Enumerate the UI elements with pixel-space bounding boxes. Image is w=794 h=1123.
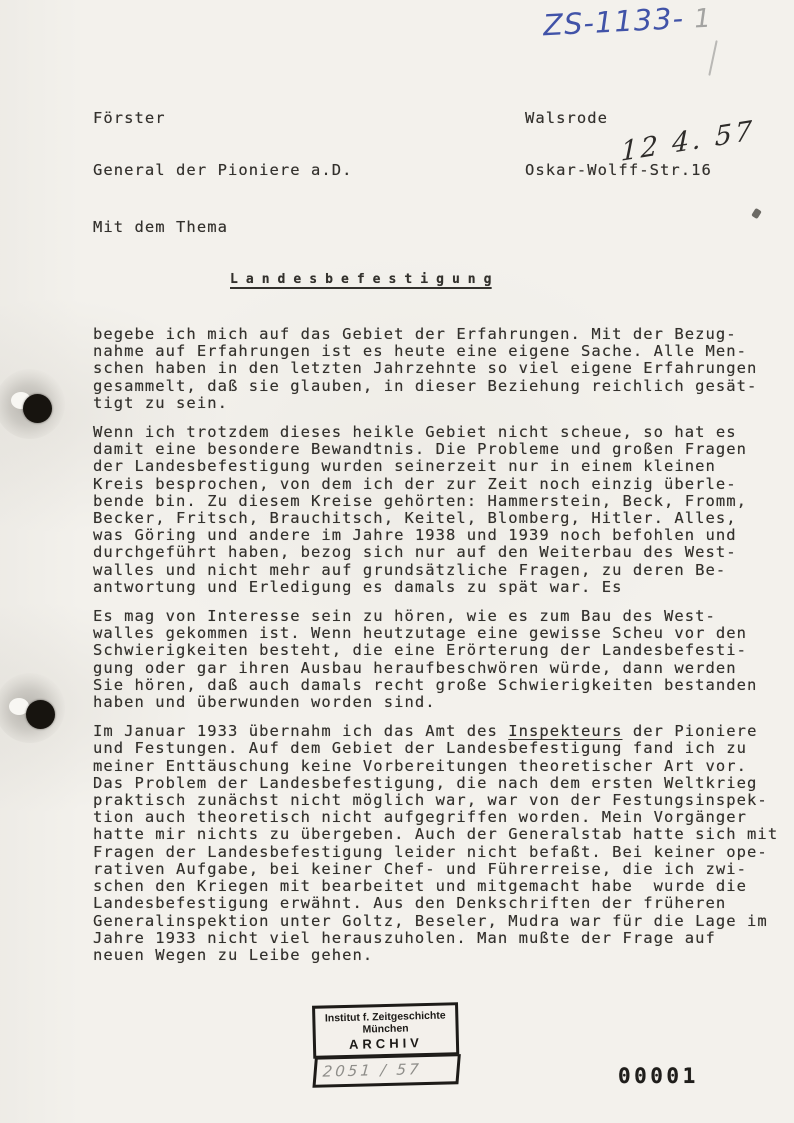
paragraph: Wenn ich trotzdem dieses heikle Gebiet n… bbox=[93, 424, 758, 596]
pencil-stroke bbox=[708, 40, 717, 76]
text-line: schen den Kriegen mit bearbeitet und mit… bbox=[93, 878, 758, 895]
text-line: walles und nicht mehr auf grundsätzliche… bbox=[93, 562, 758, 579]
text-line: damit eine besondere Bewandtnis. Die Pro… bbox=[93, 441, 758, 458]
text-line: rativen Aufgabe, bei keiner Chef- und Fü… bbox=[93, 861, 758, 878]
text-segment: der Landesbefestigung wurden seinerzeit … bbox=[93, 457, 716, 475]
archive-code-pencil: 1 bbox=[693, 4, 712, 35]
sender-title: General der Pioniere a.D. bbox=[93, 162, 353, 179]
text-segment: durchgeführt haben, bezog sich nur auf d… bbox=[93, 543, 737, 561]
text-segment: der Pioniere bbox=[622, 722, 757, 740]
text-line: Generalinspektion unter Goltz, Beseler, … bbox=[93, 913, 758, 930]
text-segment: und Festungen. Auf dem Gebiet der Landes… bbox=[93, 739, 747, 757]
stamp-upper-box: Institut f. Zeitgeschichte München ARCHI… bbox=[312, 1002, 459, 1059]
text-line: Sie hören, daß auch damals recht große S… bbox=[93, 677, 758, 694]
text-line: gung oder gar ihren Ausbau heraufbeschwö… bbox=[93, 660, 758, 677]
text-line: haben und überwunden worden sind. bbox=[93, 694, 758, 711]
text-segment: Jahre 1933 nicht viel herauszuholen. Man… bbox=[93, 929, 716, 947]
intro-line: Mit dem Thema bbox=[93, 219, 228, 236]
archive-code-ink: ZS-1133- bbox=[542, 1, 685, 42]
text-line: Wenn ich trotzdem dieses heikle Gebiet n… bbox=[93, 424, 758, 441]
text-line: und Festungen. Auf dem Gebiet der Landes… bbox=[93, 740, 758, 757]
text-line: meiner Enttäuschung keine Vorbereitungen… bbox=[93, 758, 758, 775]
text-segment: Das Problem der Landesbefestigung, die n… bbox=[93, 774, 757, 792]
text-segment: Wenn ich trotzdem dieses heikle Gebiet n… bbox=[93, 423, 737, 441]
text-segment: hatte mir nichts zu übergeben. Auch der … bbox=[93, 825, 778, 843]
text-segment: haben und überwunden worden sind. bbox=[93, 693, 436, 711]
archive-stamp: Institut f. Zeitgeschichte München ARCHI… bbox=[312, 1002, 460, 1088]
text-line: durchgeführt haben, bezog sich nur auf d… bbox=[93, 544, 758, 561]
text-segment: gesammelt, daß sie glauben, in dieser Be… bbox=[93, 377, 757, 395]
document-heading: L a n d e s b e f e s t i g u n g bbox=[230, 272, 492, 287]
text-segment: Kreis besprochen, von dem ich der zur Ze… bbox=[93, 475, 737, 493]
archive-code: ZS-1133- 1 bbox=[542, 0, 712, 42]
text-line: Schwierigkeiten besteht, die eine Erörte… bbox=[93, 642, 758, 659]
text-segment: nahme auf Erfahrungen ist es heute eine … bbox=[93, 342, 747, 360]
document-body: begebe ich mich auf das Gebiet der Erfah… bbox=[93, 326, 758, 976]
text-line: Das Problem der Landesbefestigung, die n… bbox=[93, 775, 758, 792]
text-line: praktisch zunächst nicht möglich war, wa… bbox=[93, 792, 758, 809]
text-segment: Schwierigkeiten besteht, die eine Erörte… bbox=[93, 641, 747, 659]
underlined-text: Inspekteurs bbox=[508, 722, 622, 740]
text-segment: walles gekommen ist. Wenn heutzutage ein… bbox=[93, 624, 747, 642]
address-street: Oskar-Wolff-Str.16 bbox=[525, 162, 712, 179]
punch-hole-icon bbox=[23, 394, 52, 423]
punch-hole-icon bbox=[26, 700, 55, 729]
text-segment: Becker, Fritsch, Brauchitsch, Keitel, Bl… bbox=[93, 509, 737, 527]
text-line: walles gekommen ist. Wenn heutzutage ein… bbox=[93, 625, 758, 642]
punch-hole-top bbox=[0, 369, 65, 439]
sender-name: Förster bbox=[93, 110, 353, 127]
text-segment: Landesbefestigung erwähnt. Aus den Denks… bbox=[93, 894, 726, 912]
text-line: bende bin. Zu diesem Kreise gehörten: Ha… bbox=[93, 493, 758, 510]
document-page: ZS-1133- 1 Förster General der Pioniere … bbox=[0, 0, 794, 1123]
text-line: Landesbefestigung erwähnt. Aus den Denks… bbox=[93, 895, 758, 912]
address-city: Walsrode bbox=[525, 110, 712, 127]
text-segment: meiner Enttäuschung keine Vorbereitungen… bbox=[93, 757, 747, 775]
text-line: tigt zu sein. bbox=[93, 395, 758, 412]
text-segment: was Göring und andere im Jahre 1938 und … bbox=[93, 526, 737, 544]
sender-block: Förster General der Pioniere a.D. bbox=[93, 76, 353, 214]
text-segment: schen den Kriegen mit bearbeitet und mit… bbox=[93, 877, 747, 895]
text-line: Becker, Fritsch, Brauchitsch, Keitel, Bl… bbox=[93, 510, 758, 527]
text-line: der Landesbefestigung wurden seinerzeit … bbox=[93, 458, 758, 475]
text-segment: damit eine besondere Bewandtnis. Die Pro… bbox=[93, 440, 747, 458]
text-line: Es mag von Interesse sein zu hören, wie … bbox=[93, 608, 758, 625]
text-line: antwortung und Erledigung es damals zu s… bbox=[93, 579, 758, 596]
text-line: Jahre 1933 nicht viel herauszuholen. Man… bbox=[93, 930, 758, 947]
text-segment: bende bin. Zu diesem Kreise gehörten: Ha… bbox=[93, 492, 747, 510]
text-line: begebe ich mich auf das Gebiet der Erfah… bbox=[93, 326, 758, 343]
text-line: Kreis besprochen, von dem ich der zur Ze… bbox=[93, 476, 758, 493]
text-segment: antwortung und Erledigung es damals zu s… bbox=[93, 578, 622, 596]
paper-speck bbox=[751, 208, 762, 219]
paragraph: Es mag von Interesse sein zu hören, wie … bbox=[93, 608, 758, 711]
text-segment: neuen Wegen zu Leibe gehen. bbox=[93, 946, 373, 964]
text-line: neuen Wegen zu Leibe gehen. bbox=[93, 947, 758, 964]
stamp-archiv-label: ARCHIV bbox=[322, 1034, 450, 1052]
text-line: tion auch theoretisch nicht aufgegriffen… bbox=[93, 809, 758, 826]
text-line: Im Januar 1933 übernahm ich das Amt des … bbox=[93, 723, 758, 740]
text-segment: tigt zu sein. bbox=[93, 394, 228, 412]
text-segment: praktisch zunächst nicht möglich war, wa… bbox=[93, 791, 768, 809]
text-segment: Es mag von Interesse sein zu hören, wie … bbox=[93, 607, 716, 625]
text-segment: rativen Aufgabe, bei keiner Chef- und Fü… bbox=[93, 860, 747, 878]
text-segment: tion auch theoretisch nicht aufgegriffen… bbox=[93, 808, 747, 826]
text-segment: walles und nicht mehr auf grundsätzliche… bbox=[93, 561, 726, 579]
text-segment: schen haben in den letzten Jahrzehnte so… bbox=[93, 359, 757, 377]
text-segment: Generalinspektion unter Goltz, Beseler, … bbox=[93, 912, 768, 930]
text-line: was Göring und andere im Jahre 1938 und … bbox=[93, 527, 758, 544]
paragraph: Im Januar 1933 übernahm ich das Amt des … bbox=[93, 723, 758, 964]
text-line: Fragen der Landesbefestigung leider nich… bbox=[93, 844, 758, 861]
text-segment: Sie hören, daß auch damals recht große S… bbox=[93, 676, 757, 694]
text-line: gesammelt, daß sie glauben, in dieser Be… bbox=[93, 378, 758, 395]
text-segment: Fragen der Landesbefestigung leider nich… bbox=[93, 843, 768, 861]
text-line: nahme auf Erfahrungen ist es heute eine … bbox=[93, 343, 758, 360]
punch-hole-bottom bbox=[0, 673, 65, 743]
text-line: hatte mir nichts zu übergeben. Auch der … bbox=[93, 826, 758, 843]
page-number: 00001 bbox=[618, 1064, 699, 1088]
paragraph: begebe ich mich auf das Gebiet der Erfah… bbox=[93, 326, 758, 412]
text-line: schen haben in den letzten Jahrzehnte so… bbox=[93, 360, 758, 377]
stamp-number: 2051 / 57 bbox=[312, 1054, 460, 1088]
text-segment: Im Januar 1933 übernahm ich das Amt des bbox=[93, 722, 508, 740]
text-segment: gung oder gar ihren Ausbau heraufbeschwö… bbox=[93, 659, 737, 677]
text-segment: begebe ich mich auf das Gebiet der Erfah… bbox=[93, 325, 737, 343]
